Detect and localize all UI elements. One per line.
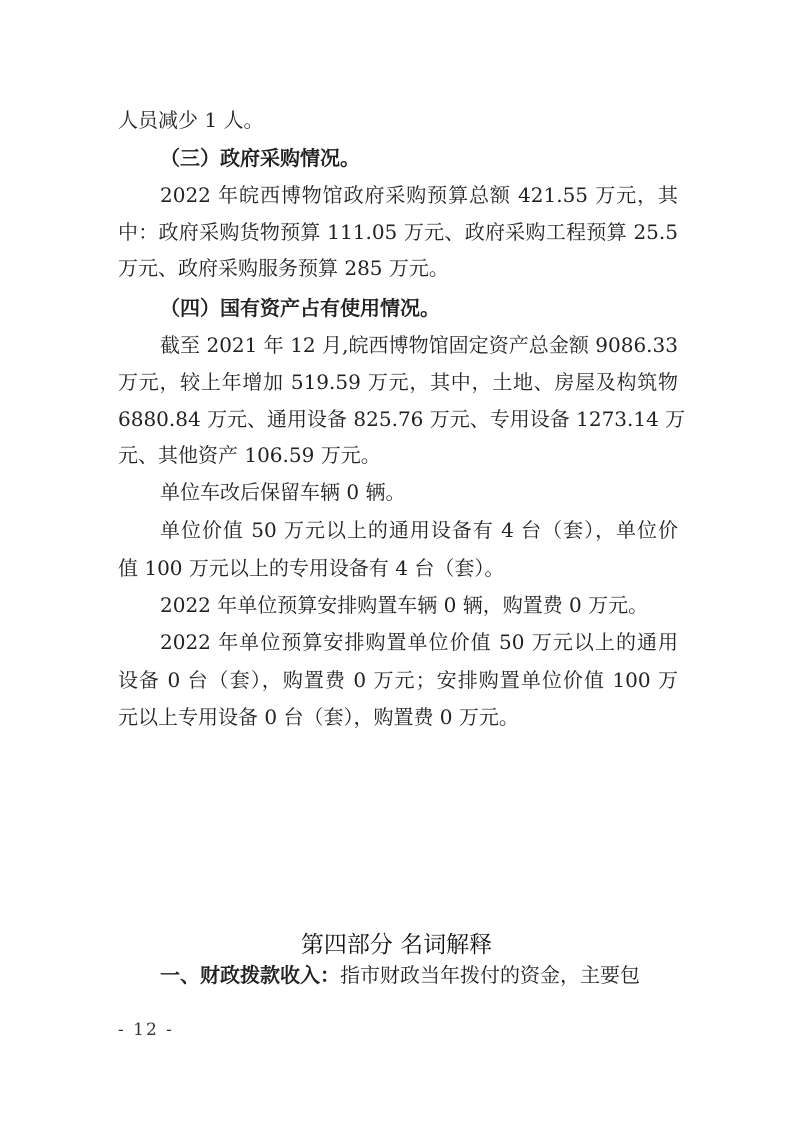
paragraph-line: 万元，较上年增加 519.59 万元，其中，土地、房屋及构筑物 bbox=[118, 370, 678, 394]
paragraph-line: 2022 年皖西博物馆政府采购预算总额 421.55 万元，其 bbox=[160, 183, 678, 207]
paragraph-line: 万元、政府采购服务预算 285 万元。 bbox=[118, 256, 678, 280]
page-number: - 12 - bbox=[118, 1020, 174, 1040]
term-label: 一、财政拨款收入： bbox=[160, 963, 340, 987]
paragraph-line: 单位价值 50 万元以上的通用设备有 4 台（套），单位价 bbox=[160, 518, 678, 542]
paragraph-line: 元、其他资产 106.59 万元。 bbox=[118, 443, 678, 467]
section-heading-assets: （四）国有资产占有使用情况。 bbox=[160, 296, 678, 320]
paragraph-line: 中：政府采购货物预算 111.05 万元、政府采购工程预算 25.5 bbox=[118, 220, 678, 244]
paragraph-line: 元以上专用设备 0 台（套），购置费 0 万元。 bbox=[118, 705, 678, 729]
term-text: 指市财政当年拨付的资金，主要包 bbox=[340, 963, 640, 987]
part-title: 第四部分 名词解释 bbox=[0, 926, 793, 959]
paragraph-line: 2022 年单位预算安排购置车辆 0 辆，购置费 0 万元。 bbox=[160, 593, 678, 617]
paragraph-line: 2022 年单位预算安排购置单位价值 50 万元以上的通用 bbox=[160, 630, 678, 654]
paragraph-line: 设备 0 台（套），购置费 0 万元；安排购置单位价值 100 万 bbox=[118, 668, 678, 692]
paragraph-line: 单位车改后保留车辆 0 辆。 bbox=[160, 480, 678, 504]
term-definition-line: 一、财政拨款收入：指市财政当年拨付的资金，主要包 bbox=[160, 963, 678, 987]
paragraph-line: 截至 2021 年 12 月,皖西博物馆固定资产总金额 9086.33 bbox=[160, 333, 678, 357]
section-heading-procurement: （三）政府采购情况。 bbox=[160, 146, 678, 170]
paragraph-line: 值 100 万元以上的专用设备有 4 台（套）。 bbox=[118, 556, 678, 580]
paragraph-line: 6880.84 万元、通用设备 825.76 万元、专用设备 1273.14 万 bbox=[118, 407, 678, 431]
paragraph-line: 人员减少 1 人。 bbox=[118, 108, 678, 132]
